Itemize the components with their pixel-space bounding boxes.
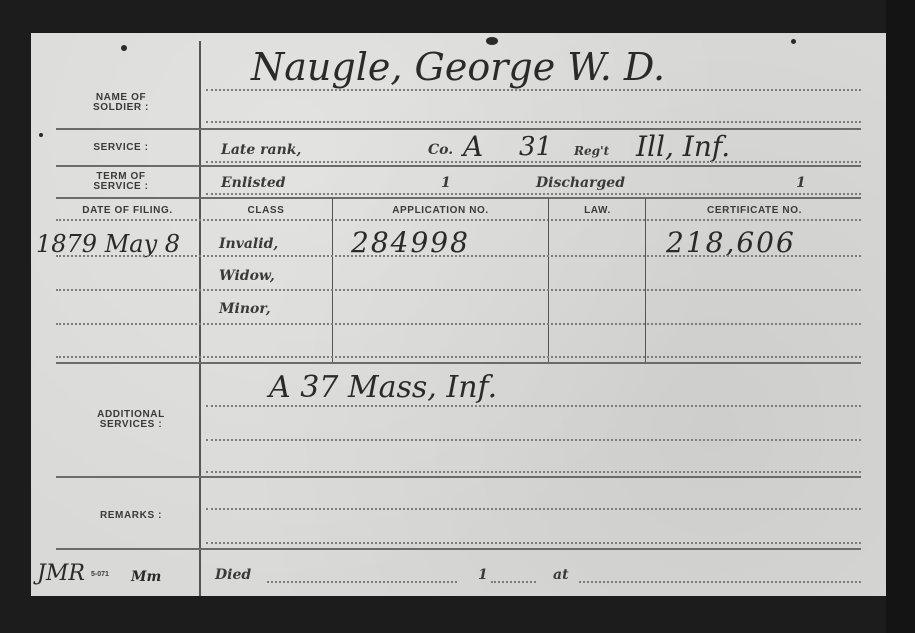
class-header: CLASS [201, 205, 331, 216]
died-dotted-line-3 [579, 581, 861, 583]
law-header: LAW. [550, 205, 645, 216]
additional-dotted-line-1 [206, 405, 861, 407]
clerk-initials: JMR [37, 561, 85, 586]
service-dotted-line [206, 161, 861, 163]
name-row-bottom-rule [56, 128, 861, 130]
company-value: A [463, 130, 483, 163]
ink-smudge [121, 45, 127, 51]
law-col-left-divider [548, 198, 549, 363]
header-dotted-line [56, 219, 861, 221]
discharged-year-prefix: 1 [796, 175, 806, 191]
date-of-filing-header: DATE OF FILING. [56, 205, 199, 216]
enlisted-label: Enlisted [221, 175, 286, 191]
pension-index-card: NAME OF SOLDIER : Naugle, George W. D. S… [31, 33, 886, 596]
late-rank-label: Late rank, [221, 142, 301, 158]
additional-bottom-rule [56, 476, 861, 478]
ink-smudge [486, 37, 498, 45]
remarks-bottom-rule [56, 548, 861, 550]
label-column-divider [199, 41, 201, 596]
table-dotted-line-3 [56, 323, 861, 325]
class-invalid: Invalid, [219, 236, 278, 252]
discharged-label: Discharged [536, 175, 625, 191]
service-row-bottom-rule [56, 165, 861, 167]
regiment-number-value: 31 [519, 132, 552, 162]
ink-smudge [39, 133, 43, 137]
law-col-right-divider [645, 198, 646, 363]
remarks-label-text: REMARKS : [100, 510, 162, 521]
term-of-service-label-text: TERM OF SERVICE : [93, 171, 148, 192]
regiment-value: Ill, Inf. [636, 130, 730, 163]
name-dotted-line-2 [206, 121, 861, 123]
film-edge [886, 0, 915, 633]
died-year-prefix: 1 [478, 567, 488, 583]
name-dotted-line-1 [206, 89, 861, 91]
table-bottom-rule [56, 362, 861, 364]
certificate-no-header: CERTIFICATE NO. [647, 205, 862, 216]
enlisted-year-prefix: 1 [441, 175, 451, 191]
service-label-text: SERVICE : [93, 142, 148, 153]
died-dotted-line-2 [491, 581, 536, 583]
class-widow: Widow, [219, 268, 275, 284]
name-of-soldier-label: NAME OF SOLDIER : [76, 93, 166, 113]
term-of-service-label: TERM OF SERVICE : [76, 172, 166, 192]
table-dotted-line-2 [56, 289, 861, 291]
service-label: SERVICE : [76, 143, 166, 153]
additional-services-label-text: ADDITIONAL SERVICES : [97, 409, 165, 430]
regt-label: Reg't [574, 144, 609, 158]
died-dotted-line-1 [267, 581, 457, 583]
table-dotted-line-4 [56, 356, 861, 358]
remarks-dotted-line-2 [206, 542, 861, 544]
class-col-divider [332, 198, 333, 363]
term-row-bottom-rule [56, 197, 861, 199]
remarks-label: REMARKS : [76, 511, 186, 521]
soldier-name-value: Naugle, George W. D. [251, 45, 665, 89]
died-label: Died [215, 567, 251, 583]
remarks-dotted-line-1 [206, 508, 861, 510]
date-of-filing-value: 1879 May 8 [36, 230, 180, 258]
clerk-signature: Mm [131, 569, 161, 585]
term-dotted-line [206, 193, 861, 195]
additional-services-value: A 37 Mass, Inf. [269, 370, 497, 405]
name-of-soldier-label-text: NAME OF SOLDIER : [93, 92, 149, 113]
co-label: Co. [428, 142, 453, 158]
additional-dotted-line-3 [206, 471, 861, 473]
at-label: at [553, 567, 569, 583]
application-no-header: APPLICATION NO. [333, 205, 548, 216]
table-dotted-line-1 [56, 255, 861, 257]
class-minor: Minor, [219, 301, 271, 317]
additional-services-label: ADDITIONAL SERVICES : [76, 410, 186, 430]
ink-smudge [791, 39, 796, 44]
additional-dotted-line-2 [206, 439, 861, 441]
form-number: 5-071 [91, 570, 109, 580]
